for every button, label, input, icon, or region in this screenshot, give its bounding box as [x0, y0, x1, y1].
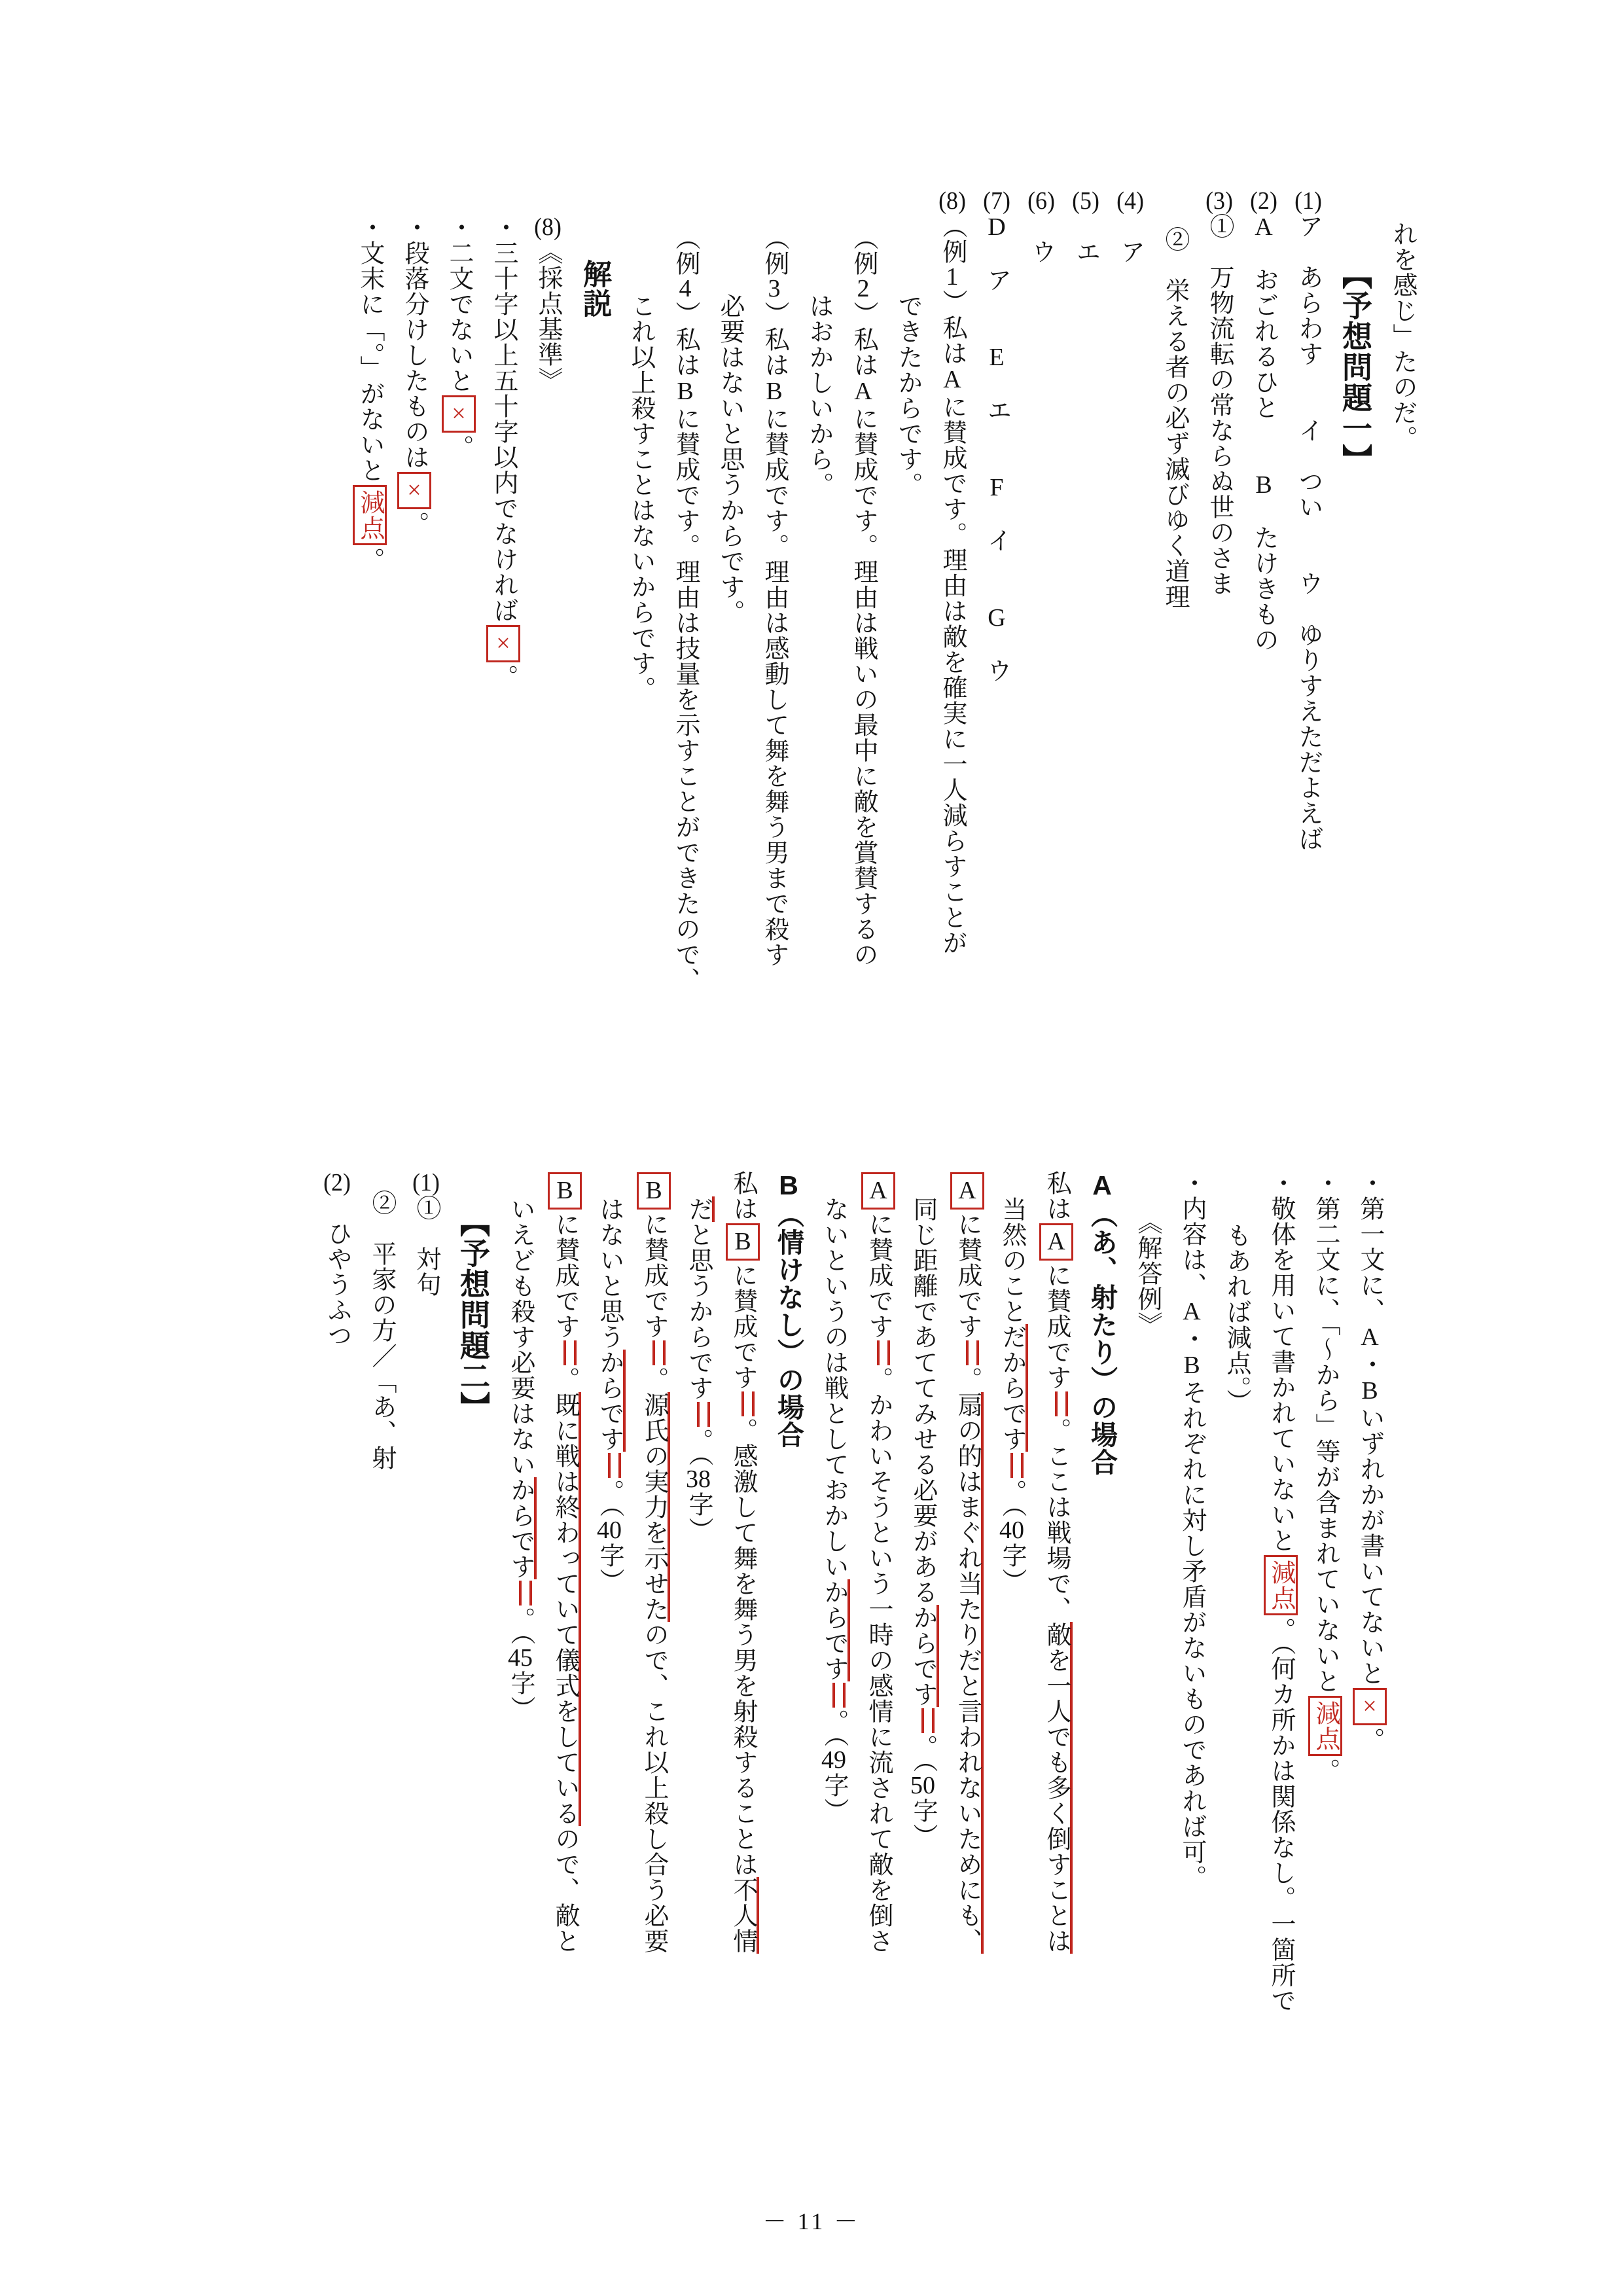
criteria-bullet-7-line1: ・敬体を用いて書かれていないと減点。（何カ所かは関係なし。一箇所で: [1268, 1170, 1293, 1949]
answer-4: (4) ア: [1118, 188, 1143, 1046]
answer-key-top-section: れを感じ」たのだ。【予想問題一】(1)ア あらわす イ つい ウ ゆりすえただよ…: [338, 188, 1415, 1046]
text-segment: （例: [938, 213, 966, 264]
text-segment: ひやうふつ: [323, 1195, 351, 1348]
red-boxed-penalty: 減点: [1264, 1555, 1298, 1615]
text-segment: 。: [1356, 1727, 1383, 1753]
text-segment: 字）: [685, 1492, 712, 1543]
answer-1: (1)ア あらわす イ つい ウ ゆりすえただよえば: [1296, 188, 1321, 1046]
double-tick-mark: [741, 1391, 755, 1416]
horizontal-in-vertical-number: (2): [1250, 188, 1277, 213]
answer-8-example2-line1: （例2）私はAに賛成です。理由は戦いの最中に敵を賞賛するの: [851, 188, 876, 1046]
text-segment: ・三十字以上五十字以内でなければ: [490, 215, 517, 623]
double-tick-mark: [832, 1683, 846, 1708]
red-boxed-answer: B: [637, 1172, 671, 1210]
text-segment: 。感激して舞を舞う男を射殺することは: [729, 1418, 757, 1877]
grading-criteria-header: (8)《採点基準》: [535, 188, 560, 1046]
text-segment: 。: [954, 1367, 981, 1392]
red-boxed-penalty: ×: [1353, 1688, 1387, 1725]
answer-8-example1-line1: (8)（例1）私はAに賛成です。理由は敵を確実に一人減らすことが: [940, 188, 965, 1046]
text-segment: 。（: [685, 1428, 712, 1467]
text-segment: （例: [760, 225, 788, 276]
horizontal-in-vertical-number: 4: [671, 276, 699, 301]
horizontal-in-vertical-number: 38: [685, 1467, 712, 1492]
text-segment: ）私はAに賛成です。理由は敵を確実に一人減らすことが: [938, 289, 966, 956]
answer-8-example4-line2: これ以上殺すことはないからです。: [628, 188, 653, 1046]
horizontal-in-vertical-number: (1): [1294, 188, 1322, 213]
text-segment: 。（: [820, 1709, 847, 1748]
text-segment: ）私はBに賛成です。理由は感動して舞を舞う男まで殺す: [760, 301, 788, 967]
text-segment: A（あ、射たり）の場合: [1087, 1170, 1117, 1476]
text-segment: これ以上殺すことはないからです。: [627, 293, 654, 702]
text-segment: に賛成です: [640, 1211, 668, 1339]
text-segment: 【予想問題二】: [456, 1207, 490, 1422]
horizontal-in-vertical-number: 45: [507, 1645, 534, 1670]
text-segment: 私は: [1043, 1170, 1070, 1221]
text-segment: 【予想問題一】: [1338, 259, 1372, 475]
text-segment: ・文末に「。」がないと: [356, 215, 383, 483]
text-segment: （例: [849, 225, 877, 276]
case-a-answer2-line2: 同じ距離であててみせる必要があるからです。（50字）: [910, 1170, 935, 1949]
text-segment: 字）: [820, 1772, 847, 1823]
case-b-answer1-line2: だと思うからです。（38字）: [686, 1170, 711, 1949]
answer-5: (5) エ: [1073, 188, 1098, 1046]
text-segment: エ: [1072, 213, 1099, 264]
horizontal-in-vertical-number: (5): [1072, 188, 1099, 213]
text-segment: ・第二文に、「〜から」等が含まれていないと: [1311, 1170, 1339, 1694]
red-boxed-penalty: 減点: [1308, 1696, 1342, 1756]
double-tick-mark: [652, 1340, 666, 1365]
text-segment: 。: [356, 547, 383, 573]
document-page: { "page": { "background": "#ffffff", "ac…: [0, 0, 1623, 2296]
horizontal-in-vertical-number: 2: [849, 276, 877, 301]
text-segment: ので、敵と: [551, 1826, 579, 1954]
double-tick-mark: [1055, 1391, 1068, 1416]
double-tick-mark: [697, 1402, 710, 1427]
answer-7: (7)D ア E エ F イ G ウ: [984, 188, 1009, 1046]
double-tick-mark: [1010, 1453, 1024, 1478]
case-b-answer2-line2: はないと思うからです。（40字）: [597, 1170, 622, 1949]
answer-8-example3-line1: （例3）私はBに賛成です。理由は感動して舞を舞う男まで殺す: [762, 188, 787, 1046]
model-answers-header: 《解答例》: [1135, 1170, 1160, 1949]
text-segment: ① 万物流転の常ならぬ世のさま: [1205, 213, 1233, 596]
text-segment: ・内容は、A・Bそれぞれに対し矛盾がないものであれば可。: [1178, 1170, 1205, 1890]
horizontal-in-vertical-number: 1: [938, 264, 966, 289]
answer-8-example2-line2: はおかしいから。: [806, 188, 831, 1046]
red-boxed-answer: B: [548, 1172, 582, 1210]
red-boxed-answer: A: [950, 1172, 984, 1210]
kaisetsu-header: 解説: [580, 188, 609, 1046]
section-title-q2: 【予想問題二】: [458, 1170, 488, 1949]
text-segment: 私は: [729, 1170, 757, 1221]
double-tick-mark: [519, 1581, 532, 1605]
criteria-bullet-4: ・文末に「。」がないと減点。: [357, 188, 382, 1046]
text-segment: 字）: [507, 1670, 534, 1721]
answer-3-1: (3)① 万物流転の常ならぬ世のさま: [1207, 188, 1232, 1046]
horizontal-in-vertical-number: (4): [1116, 188, 1144, 213]
text-segment: ないというのは戦としておかしい: [820, 1196, 847, 1579]
case-a-answer3-line1: Aに賛成です。かわいそうという一時の感情に流されて敵を倒さ: [866, 1170, 891, 1949]
text-segment: 。: [1311, 1758, 1339, 1784]
case-a-answer1-line1: 私はAに賛成です。ここは戦場で、敵を一人でも多く倒すことは: [1044, 1170, 1069, 1949]
text-segment: 《採点基準》: [534, 240, 562, 393]
text-segment: 。: [490, 664, 517, 690]
text-segment: に賛成です: [865, 1211, 892, 1339]
red-boxed-answer: A: [861, 1172, 895, 1210]
red-underlined-phrase: からです: [820, 1579, 850, 1681]
answer-8-example3-line2: 必要はないと思うからです。: [717, 188, 742, 1046]
text-segment: ア: [1116, 213, 1144, 264]
text-segment: はおかしいから。: [805, 293, 832, 497]
answer-3-2: ② 栄える者の必ず滅びゆく道理: [1162, 188, 1187, 1046]
case-a-answer3-line2: ないというのは戦としておかしいからです。（49字）: [821, 1170, 846, 1949]
double-tick-mark: [966, 1340, 979, 1365]
text-segment: 。: [551, 1367, 579, 1392]
text-segment: 。ここは戦場で、: [1043, 1418, 1070, 1622]
horizontal-in-vertical-number: (1): [412, 1170, 440, 1195]
text-segment: ）私はAに賛成です。理由は戦いの最中に敵を賞賛するの: [849, 301, 877, 967]
text-segment: 《解答例》: [1133, 1210, 1161, 1337]
double-tick-mark: [921, 1708, 935, 1733]
text-segment: 当然のこと: [998, 1196, 1026, 1324]
text-segment: ・二文でないと: [445, 215, 473, 393]
text-segment: 。（: [909, 1734, 936, 1773]
text-segment: D ア E エ F イ G ウ: [983, 213, 1010, 683]
red-underlined-phrase: 源氏の実力を示せた: [640, 1392, 670, 1622]
text-segment: ② 平家の方／「あ、射: [368, 1190, 395, 1471]
text-segment: 。: [640, 1367, 668, 1392]
red-underlined-phrase: だからです: [998, 1324, 1028, 1452]
text-segment: 。（: [507, 1607, 534, 1645]
criteria-bullet-2: ・二文でないと×。: [446, 188, 471, 1046]
text-segment: と思うからです: [685, 1222, 712, 1401]
horizontal-in-vertical-number: (3): [1205, 188, 1233, 213]
text-segment: （例: [671, 225, 699, 276]
red-boxed-penalty: ×: [397, 472, 431, 509]
q2-answer-1-2: ② 平家の方／「あ、射: [369, 1170, 394, 1949]
red-boxed-answer: A: [1039, 1223, 1073, 1261]
criteria-bullet-6: ・第二文に、「〜から」等が含まれていないと減点。: [1313, 1170, 1338, 1949]
red-underlined-phrase: からです: [596, 1350, 626, 1452]
red-boxed-answer: B: [726, 1223, 760, 1261]
criteria-bullet-3: ・段落分けしたものは×。: [402, 188, 427, 1046]
case-b-answer1-line1: 私はBに賛成です。感激して舞を舞う男を射殺することは不人情: [730, 1170, 755, 1949]
text-segment: 。: [401, 511, 428, 537]
horizontal-in-vertical-number: 50: [909, 1773, 936, 1798]
case-a-answer1-line2: 当然のことだからです。（40字）: [999, 1170, 1024, 1949]
case-b-header: B（情けなし）の場合: [775, 1170, 802, 1949]
q2-answer-1-1: (1)① 対句: [414, 1170, 438, 1949]
red-underlined-phrase: 扇の的はまぐれ当たりだと言われないためにも、: [954, 1392, 984, 1954]
horizontal-in-vertical-number: 40: [998, 1518, 1026, 1543]
case-b-answer3-line2: いえども殺す必要はないからです。（45字）: [508, 1170, 533, 1949]
case-a-header: A（あ、射たり）の場合: [1088, 1170, 1115, 1949]
case-b-answer3-line1: Bに賛成です。既に戦は終わっていて儀式をしているので、敵と: [552, 1170, 577, 1949]
text-segment: B（情けなし）の場合: [774, 1170, 804, 1448]
text-segment: 字）: [998, 1543, 1026, 1594]
text-segment: に賛成です: [954, 1211, 981, 1339]
text-segment: 必要はないと思うからです。: [716, 293, 743, 625]
text-segment: 字）: [909, 1798, 936, 1849]
text-segment: 。（: [596, 1479, 623, 1518]
horizontal-in-vertical-number: (8): [938, 188, 966, 213]
q2-answer-2: (2) ひやうふつ: [325, 1170, 349, 1949]
criteria-bullet-8: ・内容は、A・Bそれぞれに対し矛盾がないものであれば可。: [1179, 1170, 1204, 1949]
text-segment: 。（: [998, 1479, 1026, 1518]
text-segment: ）私はBに賛成です。理由は技量を示すことができたので、: [671, 301, 699, 993]
case-b-answer2-line1: Bに賛成です。源氏の実力を示せたので、これ以上殺し合う必要: [641, 1170, 666, 1949]
page-number: － 11 －: [0, 2203, 1623, 2236]
text-segment: A おごれるひと B たけきもの: [1250, 213, 1277, 653]
text-segment: に賛成です: [1043, 1263, 1070, 1390]
text-segment: 解説: [579, 259, 611, 318]
text-segment: 。（何カ所かは関係なし。一箇所で: [1267, 1617, 1294, 2013]
section-title-q1: 【予想問題一】: [1340, 188, 1370, 1046]
answer-8-example4-line1: （例4）私はBに賛成です。理由は技量を示すことができたので、: [673, 188, 698, 1046]
text-segment: ① 対句: [412, 1195, 440, 1297]
red-boxed-penalty: 減点: [353, 485, 387, 545]
red-underlined-phrase: からです: [507, 1477, 537, 1579]
text-segment: 同じ距離であててみせる必要がある: [909, 1196, 936, 1605]
double-tick-mark: [877, 1340, 890, 1365]
red-boxed-penalty: ×: [442, 395, 476, 433]
text-segment: 字）: [596, 1543, 623, 1594]
criteria-bullet-1: ・三十字以上五十字以内でなければ×。: [491, 188, 516, 1046]
double-tick-mark: [563, 1340, 577, 1365]
horizontal-in-vertical-number: (2): [323, 1170, 351, 1195]
red-underlined-phrase: 不人情: [729, 1877, 759, 1954]
continuation-line: れを感じ」たのだ。: [1390, 188, 1415, 1046]
text-segment: ・段落分けしたものは: [401, 215, 428, 470]
criteria-bullet-5: ・第一文に、A・Bいずれかが書いてないと×。: [1357, 1170, 1382, 1949]
text-segment: 。かわいそうという一時の感情に流されて敵を倒さ: [865, 1367, 892, 1954]
red-underlined-phrase: だ: [685, 1196, 715, 1222]
horizontal-in-vertical-number: (6): [1027, 188, 1055, 213]
text-segment: はないと思う: [596, 1196, 623, 1350]
horizontal-in-vertical-number: 40: [596, 1518, 623, 1543]
red-underlined-phrase: 敵を一人でも多く倒すことは: [1043, 1622, 1073, 1954]
red-underlined-phrase: からです: [909, 1605, 939, 1707]
text-segment: ア あらわす イ つい ウ ゆりすえただよえば: [1294, 213, 1322, 852]
text-segment: もあれば減点。）: [1222, 1223, 1250, 1414]
text-segment: いえども殺す必要はない: [507, 1196, 534, 1477]
text-segment: に賛成です: [551, 1211, 579, 1339]
text-segment: ・敬体を用いて書かれていないと: [1267, 1170, 1294, 1553]
horizontal-in-vertical-number: (8): [534, 215, 562, 240]
text-segment: に賛成です: [729, 1263, 757, 1390]
answer-6: (6) ウ: [1029, 188, 1054, 1046]
text-segment: 。: [445, 435, 473, 460]
answer-8-example1-line2: できたからです。: [895, 188, 920, 1046]
red-underlined-phrase: 既に戦は終わっていて儀式をしている: [551, 1392, 581, 1826]
text-segment: ので、これ以上殺し合う必要: [640, 1622, 668, 1954]
text-segment: ・第一文に、A・Bいずれかが書いてないと: [1356, 1170, 1383, 1686]
text-segment: ② 栄える者の必ず滅びゆく道理: [1161, 226, 1188, 609]
text-segment: れを感じ」たのだ。: [1389, 221, 1416, 451]
answer-2: (2)A おごれるひと B たけきもの: [1251, 188, 1276, 1046]
horizontal-in-vertical-number: 3: [760, 276, 788, 301]
criteria-bullet-7-line2: もあれば減点。）: [1224, 1170, 1249, 1949]
answer-key-bottom-section: ・第一文に、A・Bいずれかが書いてないと×。・第二文に、「〜から」等が含まれてい…: [305, 1170, 1382, 1949]
double-tick-mark: [608, 1453, 621, 1478]
text-segment: ウ: [1027, 213, 1055, 264]
case-a-answer2-line1: Aに賛成です。扇の的はまぐれ当たりだと言われないためにも、: [955, 1170, 980, 1949]
red-boxed-penalty: ×: [486, 625, 520, 662]
horizontal-in-vertical-number: (7): [983, 188, 1010, 213]
text-segment: できたからです。: [894, 293, 921, 497]
horizontal-in-vertical-number: 49: [820, 1748, 847, 1772]
